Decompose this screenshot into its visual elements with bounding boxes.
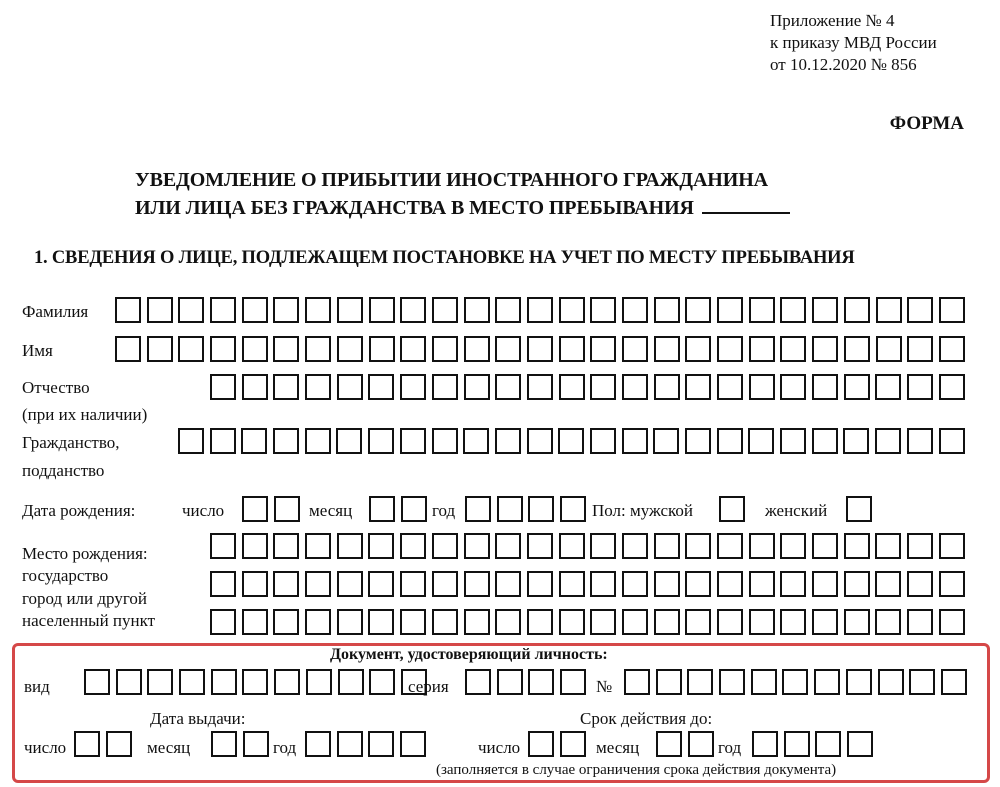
char-cell[interactable] [685,609,711,635]
char-cell[interactable] [242,374,268,400]
char-cell[interactable] [847,731,873,757]
birth-date-label: Дата рождения: [22,500,135,522]
char-cell[interactable] [622,374,648,400]
char-cell[interactable] [780,297,806,323]
char-cell[interactable] [306,669,332,695]
char-cell[interactable] [654,297,680,323]
char-cell[interactable] [812,297,838,323]
char-cell[interactable] [464,571,490,597]
form-label: ФОРМА [890,113,964,135]
issue-date-label: Дата выдачи: [150,708,245,730]
issue-month-label: месяц [147,737,190,759]
birth-place-field-row-2[interactable] [210,571,971,597]
char-cell[interactable] [624,669,650,695]
char-cell[interactable] [875,533,901,559]
char-cell[interactable] [368,533,394,559]
char-cell[interactable] [559,336,585,362]
char-cell[interactable] [305,374,331,400]
char-cell[interactable] [815,731,841,757]
birth-place-label: Место рождения: [22,543,148,565]
char-cell[interactable] [305,336,331,362]
char-cell[interactable] [497,669,523,695]
char-cell[interactable] [336,428,362,454]
char-cell[interactable] [464,297,490,323]
char-cell[interactable] [939,571,965,597]
char-cell[interactable] [748,428,774,454]
char-cell[interactable] [210,533,236,559]
char-cell[interactable] [432,374,458,400]
char-cell[interactable] [846,496,872,522]
char-cell[interactable] [210,609,236,635]
char-cell[interactable] [274,669,300,695]
char-cell[interactable] [654,609,680,635]
char-cell[interactable] [242,669,268,695]
char-cell[interactable] [717,374,743,400]
char-cell[interactable] [780,533,806,559]
char-cell[interactable] [465,496,491,522]
char-cell[interactable] [210,336,236,362]
char-cell[interactable] [907,374,933,400]
char-cell[interactable] [751,669,777,695]
valid-month-field[interactable] [656,731,719,757]
char-cell[interactable] [527,609,553,635]
char-cell[interactable] [495,609,521,635]
char-cell[interactable] [368,609,394,635]
char-cell[interactable] [749,374,775,400]
char-cell[interactable] [812,533,838,559]
char-cell[interactable] [717,428,743,454]
char-cell[interactable] [907,609,933,635]
char-cell[interactable] [784,731,810,757]
issue-day-label: число [24,737,66,759]
char-cell[interactable] [432,609,458,635]
valid-day-label: число [478,737,520,759]
sex-female-checkbox[interactable] [846,496,878,522]
char-cell[interactable] [782,669,808,695]
char-cell[interactable] [115,336,141,362]
char-cell[interactable] [814,669,840,695]
char-cell[interactable] [939,374,965,400]
char-cell[interactable] [653,428,679,454]
char-cell[interactable] [273,571,299,597]
char-cell[interactable] [242,571,268,597]
char-cell[interactable] [749,533,775,559]
char-cell[interactable] [465,669,491,695]
char-cell[interactable] [939,533,965,559]
char-cell[interactable] [305,428,331,454]
issue-year-field[interactable] [305,731,432,757]
char-cell[interactable] [368,374,394,400]
char-cell[interactable] [907,533,933,559]
char-cell[interactable] [654,336,680,362]
char-cell[interactable] [622,533,648,559]
char-cell[interactable] [273,374,299,400]
char-cell[interactable] [844,297,870,323]
appendix-line-3: от 10.12.2020 № 856 [770,54,937,76]
birth-state-label: государство [22,565,108,587]
char-cell[interactable] [685,374,711,400]
char-cell[interactable] [337,609,363,635]
char-cell[interactable] [369,297,395,323]
char-cell[interactable] [305,731,331,757]
char-cell[interactable] [875,374,901,400]
char-cell[interactable] [527,533,553,559]
name-label: Имя [22,340,53,362]
doc-series-label: серия [408,676,449,698]
char-cell[interactable] [844,571,870,597]
char-cell[interactable] [590,609,616,635]
char-cell[interactable] [464,609,490,635]
char-cell[interactable] [369,336,395,362]
char-cell[interactable] [495,336,521,362]
validity-note: (заполняется в случае ограничения срока … [436,762,836,779]
char-cell[interactable] [812,428,838,454]
char-cell[interactable] [401,496,427,522]
char-cell[interactable] [432,428,458,454]
char-cell[interactable] [559,571,585,597]
char-cell[interactable] [495,533,521,559]
char-cell[interactable] [211,669,237,695]
char-cell[interactable] [812,609,838,635]
patronymic-note: (при их наличии) [22,404,147,426]
char-cell[interactable] [400,571,426,597]
birth-day-label: число [182,500,224,522]
char-cell[interactable] [210,428,236,454]
char-cell[interactable] [528,669,554,695]
char-cell[interactable] [843,428,869,454]
document-title: УВЕДОМЛЕНИЕ О ПРИБЫТИИ ИНОСТРАННОГО ГРАЖ… [135,166,790,222]
section-heading: 1. СВЕДЕНИЯ О ЛИЦЕ, ПОДЛЕЖАЩЕМ ПОСТАНОВК… [34,248,855,269]
char-cell[interactable] [812,336,838,362]
char-cell[interactable] [559,533,585,559]
char-cell[interactable] [242,496,268,522]
char-cell[interactable] [432,571,458,597]
char-cell[interactable] [528,496,554,522]
char-cell[interactable] [876,297,902,323]
char-cell[interactable] [749,609,775,635]
char-cell[interactable] [305,533,331,559]
birth-year-field[interactable] [465,496,592,522]
char-cell[interactable] [369,669,395,695]
char-cell[interactable] [780,609,806,635]
surname-label: Фамилия [22,301,88,323]
birth-place-field-row-3[interactable] [210,609,971,635]
char-cell[interactable] [337,297,363,323]
char-cell[interactable] [178,336,204,362]
citizenship-field[interactable] [178,428,970,454]
sex-female-label: женский [765,500,827,522]
birth-day-field[interactable] [242,496,305,522]
char-cell[interactable] [210,297,236,323]
appendix-reference: Приложение № 4 к приказу МВД России от 1… [770,10,937,76]
char-cell[interactable] [178,428,204,454]
char-cell[interactable] [463,428,489,454]
char-cell[interactable] [685,533,711,559]
doc-number-label: № [596,676,612,698]
char-cell[interactable] [115,297,141,323]
char-cell[interactable] [432,533,458,559]
char-cell[interactable] [337,571,363,597]
char-cell[interactable] [875,609,901,635]
char-cell[interactable] [622,571,648,597]
char-cell[interactable] [495,297,521,323]
char-cell[interactable] [147,297,173,323]
char-cell[interactable] [558,428,584,454]
char-cell[interactable] [400,297,426,323]
char-cell[interactable] [719,669,745,695]
char-cell[interactable] [179,669,205,695]
char-cell[interactable] [846,669,872,695]
char-cell[interactable] [273,533,299,559]
char-cell[interactable] [939,297,965,323]
char-cell[interactable] [749,571,775,597]
char-cell[interactable] [241,428,267,454]
birth-place-field-row-1[interactable] [210,533,971,559]
char-cell[interactable] [106,731,132,757]
char-cell[interactable] [527,336,553,362]
birth-city-label-2: населенный пункт [22,610,155,632]
char-cell[interactable] [876,336,902,362]
char-cell[interactable] [907,336,933,362]
char-cell[interactable] [495,428,521,454]
title-line-2: ИЛИ ЛИЦА БЕЗ ГРАЖДАНСТВА В МЕСТО ПРЕБЫВА… [135,197,694,219]
char-cell[interactable] [717,609,743,635]
char-cell[interactable] [875,571,901,597]
char-cell[interactable] [685,571,711,597]
birth-month-field[interactable] [369,496,432,522]
char-cell[interactable] [780,571,806,597]
citizenship-label: Гражданство, [22,432,119,454]
char-cell[interactable] [211,731,237,757]
char-cell[interactable] [560,731,586,757]
char-cell[interactable] [337,731,363,757]
char-cell[interactable] [210,571,236,597]
char-cell[interactable] [497,496,523,522]
char-cell[interactable] [369,496,395,522]
char-cell[interactable] [717,533,743,559]
char-cell[interactable] [400,533,426,559]
char-cell[interactable] [305,571,331,597]
char-cell[interactable] [844,609,870,635]
char-cell[interactable] [685,428,711,454]
char-cell[interactable] [528,731,554,757]
char-cell[interactable] [780,336,806,362]
char-cell[interactable] [273,336,299,362]
char-cell[interactable] [717,297,743,323]
char-cell[interactable] [717,571,743,597]
char-cell[interactable] [273,297,299,323]
char-cell[interactable] [559,374,585,400]
id-document-heading: Документ, удостоверяющий личность: [330,646,608,664]
char-cell[interactable] [560,496,586,522]
char-cell[interactable] [338,669,364,695]
char-cell[interactable] [622,336,648,362]
char-cell[interactable] [939,609,965,635]
char-cell[interactable] [590,571,616,597]
char-cell[interactable] [147,336,173,362]
char-cell[interactable] [243,731,269,757]
doc-series-field[interactable] [465,669,592,695]
char-cell[interactable] [812,374,838,400]
char-cell[interactable] [400,731,426,757]
char-cell[interactable] [780,428,806,454]
title-line-1: УВЕДОМЛЕНИЕ О ПРИБЫТИИ ИНОСТРАННОГО ГРАЖ… [135,166,790,194]
sex-male-checkbox[interactable] [719,496,751,522]
char-cell[interactable] [907,428,933,454]
patronymic-field[interactable] [210,374,971,400]
char-cell[interactable] [656,669,682,695]
char-cell[interactable] [368,571,394,597]
doc-type-label: вид [24,676,50,698]
char-cell[interactable] [74,731,100,757]
issue-day-field[interactable] [74,731,137,757]
char-cell[interactable] [939,428,965,454]
char-cell[interactable] [274,496,300,522]
char-cell[interactable] [559,297,585,323]
birth-city-label-1: город или другой [22,588,147,610]
char-cell[interactable] [242,533,268,559]
char-cell[interactable] [337,336,363,362]
char-cell[interactable] [560,669,586,695]
char-cell[interactable] [717,336,743,362]
char-cell[interactable] [844,533,870,559]
birth-year-label: год [432,500,455,522]
char-cell[interactable] [116,669,142,695]
surname-field[interactable] [115,297,971,323]
char-cell[interactable] [178,297,204,323]
char-cell[interactable] [527,571,553,597]
char-cell[interactable] [495,571,521,597]
char-cell[interactable] [527,297,553,323]
valid-year-field[interactable] [752,731,879,757]
char-cell[interactable] [875,428,901,454]
char-cell[interactable] [242,336,268,362]
char-cell[interactable] [939,336,965,362]
valid-month-label: месяц [596,737,639,759]
valid-year-label: год [718,737,741,759]
doc-number-field[interactable] [624,669,973,695]
char-cell[interactable] [780,374,806,400]
char-cell[interactable] [687,669,713,695]
char-cell[interactable] [495,374,521,400]
name-field[interactable] [115,336,971,362]
char-cell[interactable] [305,609,331,635]
appendix-line-1: Приложение № 4 [770,10,937,32]
char-cell[interactable] [337,533,363,559]
issue-month-field[interactable] [211,731,274,757]
appendix-line-2: к приказу МВД России [770,32,937,54]
issue-year-label: год [273,737,296,759]
char-cell[interactable] [400,609,426,635]
char-cell[interactable] [464,533,490,559]
birth-month-label: месяц [309,500,352,522]
char-cell[interactable] [749,336,775,362]
char-cell[interactable] [400,374,426,400]
doc-type-field[interactable] [84,669,433,695]
char-cell[interactable] [527,374,553,400]
char-cell[interactable] [273,428,299,454]
char-cell[interactable] [400,428,426,454]
valid-until-label: Срок действия до: [580,708,712,730]
char-cell[interactable] [688,731,714,757]
char-cell[interactable] [941,669,967,695]
char-cell[interactable] [147,669,173,695]
char-cell[interactable] [464,374,490,400]
char-cell[interactable] [654,571,680,597]
char-cell[interactable] [654,374,680,400]
char-cell[interactable] [878,669,904,695]
char-cell[interactable] [590,336,616,362]
char-cell[interactable] [844,336,870,362]
char-cell[interactable] [622,297,648,323]
citizenship-label-2: подданство [22,460,104,482]
char-cell[interactable] [844,374,870,400]
char-cell[interactable] [432,297,458,323]
char-cell[interactable] [719,496,745,522]
char-cell[interactable] [368,428,394,454]
char-cell[interactable] [527,428,553,454]
char-cell[interactable] [590,428,616,454]
char-cell[interactable] [590,374,616,400]
char-cell[interactable] [685,336,711,362]
char-cell[interactable] [749,297,775,323]
char-cell[interactable] [622,428,648,454]
char-cell[interactable] [210,374,236,400]
char-cell[interactable] [590,297,616,323]
char-cell[interactable] [622,609,648,635]
char-cell[interactable] [907,571,933,597]
valid-day-field[interactable] [528,731,591,757]
patronymic-label: Отчество [22,377,90,399]
char-cell[interactable] [656,731,682,757]
char-cell[interactable] [305,297,331,323]
char-cell[interactable] [909,669,935,695]
char-cell[interactable] [432,336,458,362]
char-cell[interactable] [559,609,585,635]
title-blank-line[interactable] [702,194,790,214]
char-cell[interactable] [400,336,426,362]
char-cell[interactable] [907,297,933,323]
char-cell[interactable] [84,669,110,695]
char-cell[interactable] [685,297,711,323]
char-cell[interactable] [242,609,268,635]
char-cell[interactable] [590,533,616,559]
char-cell[interactable] [654,533,680,559]
char-cell[interactable] [273,609,299,635]
char-cell[interactable] [464,336,490,362]
char-cell[interactable] [242,297,268,323]
char-cell[interactable] [752,731,778,757]
char-cell[interactable] [368,731,394,757]
sex-male-label: Пол: мужской [592,500,693,522]
char-cell[interactable] [337,374,363,400]
char-cell[interactable] [812,571,838,597]
